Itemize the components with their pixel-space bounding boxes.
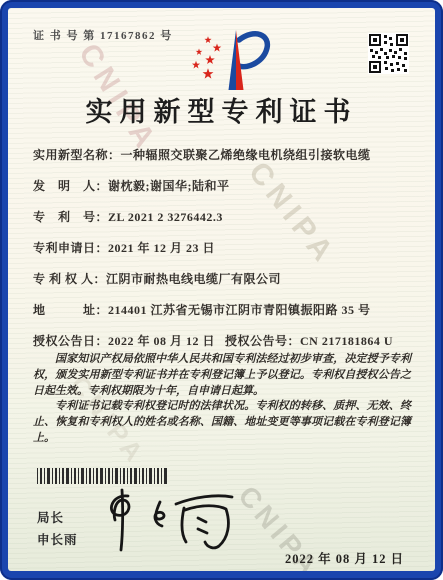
field-row: 实用新型名称：一种辐照交联聚乙烯绝缘电机绕组引接软电缆 [33,146,413,177]
field-label: 实用新型名称： [33,148,121,162]
field-value: ZL 2021 2 3276442.3 [108,210,223,224]
field-value: 214401 江苏省无锡市江阴市青阳镇振阳路 35 号 [108,303,371,317]
field-row: 专利申请日：2021 年 12 月 23 日 [33,239,413,270]
field-value: 一种辐照交联聚乙烯绝缘电机绕组引接软电缆 [121,148,371,162]
barcode [37,468,168,484]
field-label: 专 利 号： [33,210,108,224]
certificate-number: 证 书 号 第 17167862 号 [33,27,173,43]
certificate-title: 实用新型专利证书 [8,90,435,129]
signature-handwriting [94,486,242,556]
field-row: 发 明 人：谢枕毅;谢国华;陆和平 [33,177,413,208]
field-row: 专 利 权 人：江阴市耐热电线电缆厂有限公司 [33,270,413,301]
grant-date: 授权公告日：2022 年 08 月 12 日 [33,334,215,348]
legal-text: 国家知识产权局依照中华人民共和国专利法经过初步审查，决定授予专利权，颁发实用新型… [33,352,411,447]
field-row: 地 址：214401 江苏省无锡市江阴市青阳镇振阳路 35 号 [33,301,413,332]
field-value: 谢枕毅;谢国华;陆和平 [108,179,230,193]
field-label: 专 利 权 人： [33,272,106,286]
legal-paragraph: 国家知识产权局依照中华人民共和国专利法经过初步审查，决定授予专利权，颁发实用新型… [33,352,411,399]
field-row: 专 利 号：ZL 2021 2 3276442.3 [33,208,413,239]
certificate-border: CNIPA CNIPA CNIPA CNIPA 证 书 号 第 17167862… [0,0,443,580]
cnipa-logo-icon [181,27,271,93]
grant-number: 授权公告号：CN 217181864 U [225,332,393,349]
official-name: 申长雨 [37,530,78,548]
field-value: 2021 年 12 月 23 日 [108,241,215,255]
certificate-page: CNIPA CNIPA CNIPA CNIPA 证 书 号 第 17167862… [8,8,435,571]
legal-paragraph: 专利证书记载专利权登记时的法律状况。专利权的转移、质押、无效、终止、恢复和专利权… [33,399,411,446]
field-label: 专利申请日： [33,241,108,255]
field-list: 实用新型名称：一种辐照交联聚乙烯绝缘电机绕组引接软电缆 发 明 人：谢枕毅;谢国… [33,146,413,363]
field-label: 发 明 人： [33,179,108,193]
field-label: 地 址： [33,303,108,317]
field-value: 江阴市耐热电线电缆厂有限公司 [106,272,281,286]
patent-certificate: CNIPA CNIPA CNIPA CNIPA 证 书 号 第 17167862… [0,0,443,580]
issue-date: 2022 年 08 月 12 日 [285,549,404,567]
qr-code [368,33,409,74]
official-post: 局长 [37,508,64,526]
